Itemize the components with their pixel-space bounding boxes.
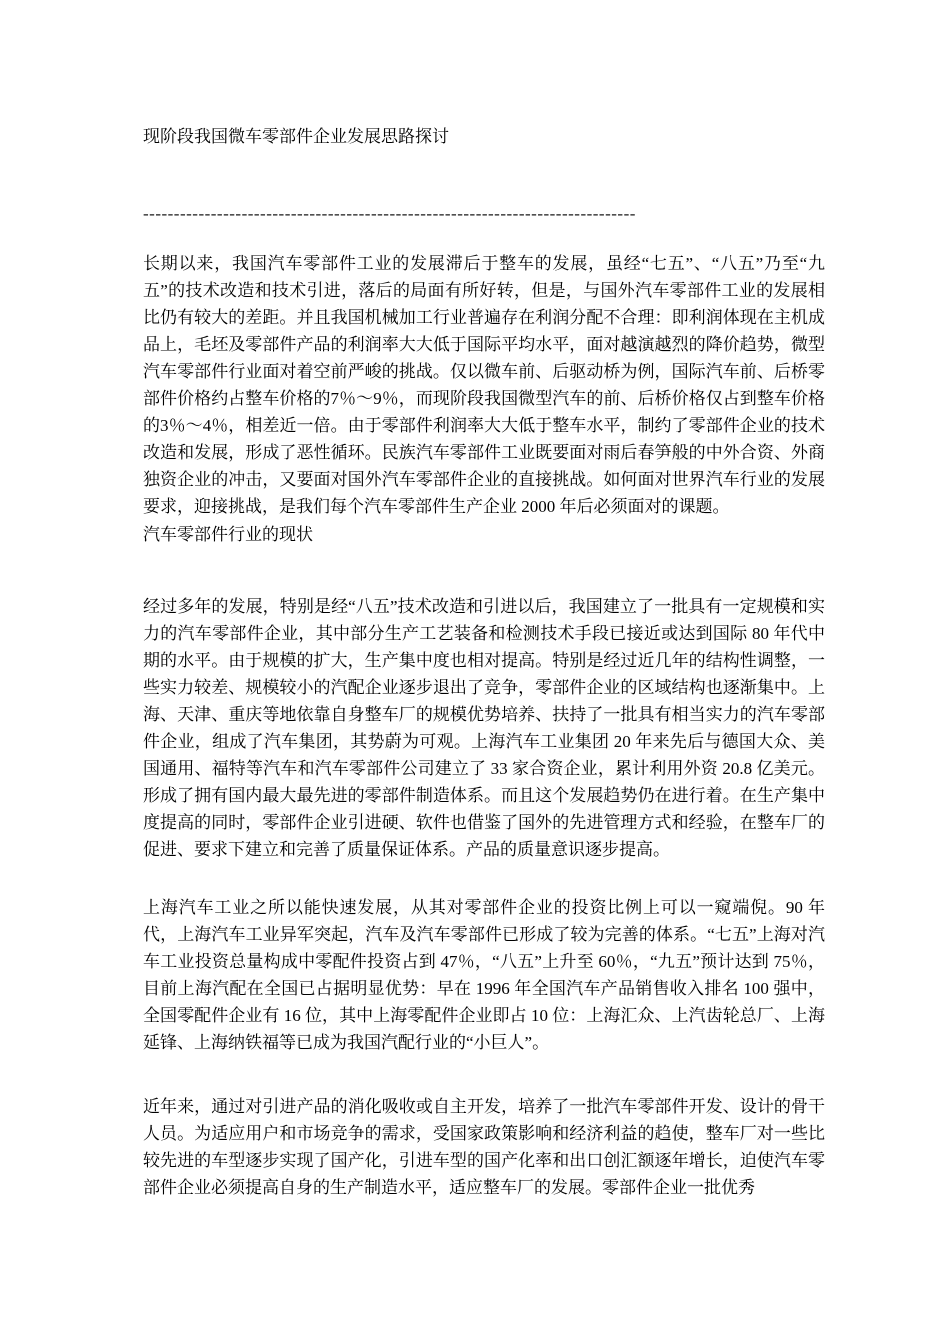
paragraph-shanghai-investment: 上海汽车工业之所以能快速发展，从其对零部件企业的投资比例上可以一窥端倪。90 年… xyxy=(143,894,825,1056)
paragraph-intro: 长期以来，我国汽车零部件工业的发展滞后于整车的发展，虽经“七五”、“八五”乃至“… xyxy=(143,250,825,520)
paragraph-recent-years: 近年来，通过对引进产品的消化吸收或自主开发，培养了一批汽车零部件开发、设计的骨干… xyxy=(143,1093,825,1201)
separator-dashed-line: ----------------------------------------… xyxy=(143,200,825,227)
document-title: 现阶段我国微车零部件企业发展思路探讨 xyxy=(143,123,825,150)
document-page: 现阶段我国微车零部件企业发展思路探讨 ---------------------… xyxy=(0,0,950,1344)
paragraph-industry-development: 经过多年的发展，特别是经“八五”技术改造和引进以后，我国建立了一批具有一定规模和… xyxy=(143,593,825,863)
section-heading-industry-status: 汽车零部件行业的现状 xyxy=(143,521,825,548)
